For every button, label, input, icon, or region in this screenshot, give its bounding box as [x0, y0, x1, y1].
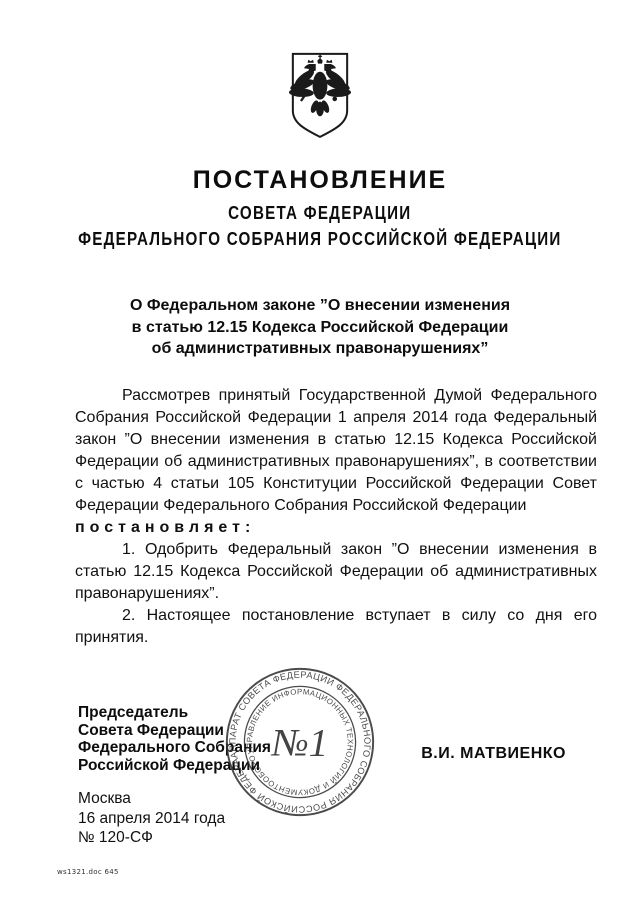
- signer-name: В.И. МАТВИЕНКО: [421, 745, 566, 763]
- subject-line: О Федеральном законе ”О внесении изменен…: [0, 295, 640, 317]
- resolution-item-1: 1. Одобрить Федеральный закон ”О внесени…: [75, 539, 597, 605]
- document-type-title: ПОСТАНОВЛЕНИЕ: [0, 166, 640, 195]
- issue-place: Москва: [78, 789, 225, 809]
- preamble-paragraph: Рассмотрев принятый Государственной Думо…: [75, 385, 597, 517]
- document-body: Рассмотрев принятый Государственной Думо…: [75, 385, 597, 649]
- resolution-item-2: 2. Настоящее постановление вступает в си…: [75, 605, 597, 649]
- issue-details: Москва 16 апреля 2014 года № 120-СФ: [78, 789, 225, 848]
- org-line: СОВЕТА ФЕДЕРАЦИИ: [0, 201, 640, 227]
- issuing-body-heading: СОВЕТА ФЕДЕРАЦИИ ФЕДЕРАЛЬНОГО СОБРАНИЯ Р…: [0, 201, 640, 253]
- stamp-number: №1: [270, 722, 328, 765]
- decree-page: ПОСТАНОВЛЕНИЕ СОВЕТА ФЕДЕРАЦИИ ФЕДЕРАЛЬН…: [0, 0, 640, 905]
- issue-date: 16 апреля 2014 года: [78, 809, 225, 829]
- org-line-text: СОВЕТА ФЕДЕРАЦИИ: [228, 201, 411, 225]
- org-line: ФЕДЕРАЛЬНОГО СОБРАНИЯ РОССИЙСКОЙ ФЕДЕРАЦ…: [0, 227, 640, 253]
- resolve-word: постановляет:: [75, 517, 597, 539]
- round-registration-stamp: АППАРАТ СОВЕТА ФЕДЕРАЦИИ ФЕДЕРАЛЬНОГО СО…: [222, 664, 378, 820]
- subject-line: об административных правонарушениях”: [0, 338, 640, 360]
- issue-number: № 120-СФ: [78, 828, 225, 848]
- subject-line: в статью 12.15 Кодекса Российской Федера…: [0, 317, 640, 339]
- russia-coat-of-arms-icon: [281, 50, 359, 140]
- file-reference-note: ws1321.doc 645: [57, 868, 119, 876]
- document-subject: О Федеральном законе ”О внесении изменен…: [0, 295, 640, 360]
- org-line-text: ФЕДЕРАЛЬНОГО СОБРАНИЯ РОССИЙСКОЙ ФЕДЕРАЦ…: [78, 227, 561, 251]
